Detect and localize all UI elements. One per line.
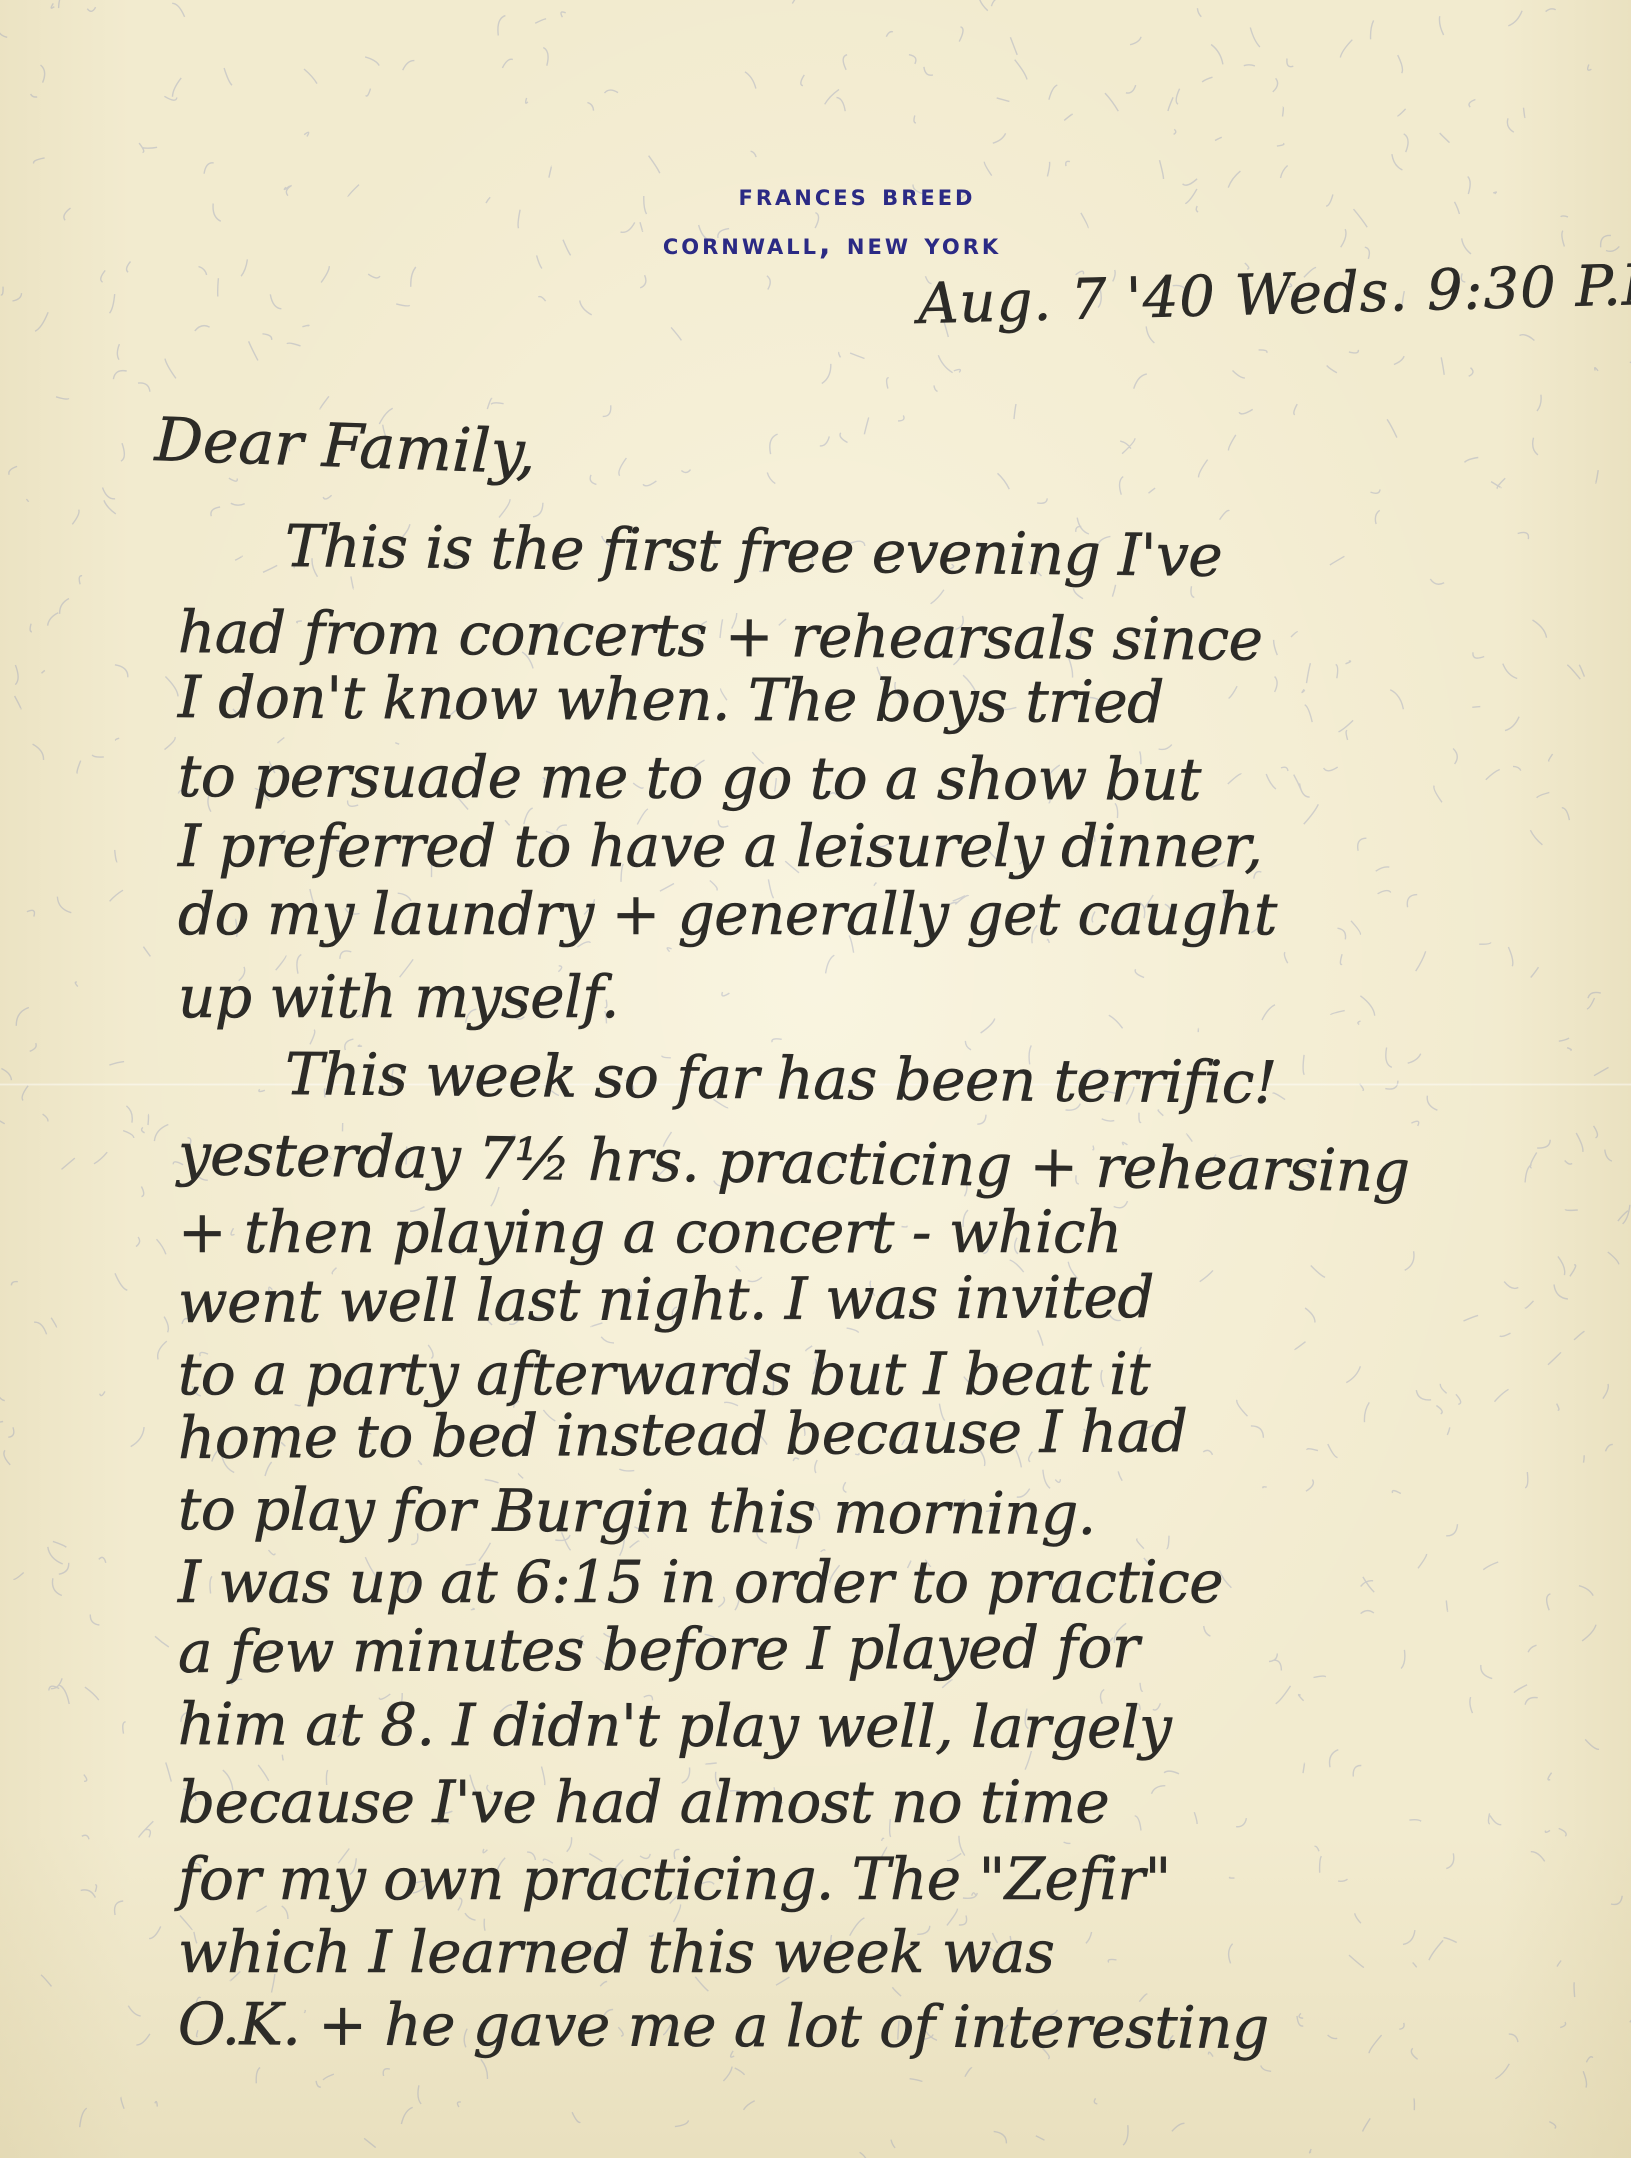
body-line: I was up at 6:15 in order to practice — [178, 1548, 1223, 1616]
body-line: because I've had almost no time — [178, 1768, 1109, 1836]
body-line: went well last night. I was invited — [178, 1263, 1154, 1336]
body-line: do my laundry + generally get caught — [178, 880, 1277, 948]
letter-page: Frances Breed Cornwall, New York Aug. 7 … — [0, 0, 1631, 2158]
letterhead-name: Frances Breed — [692, 178, 1022, 214]
body-line: which I learned this week was — [178, 1918, 1054, 1986]
body-line: I preferred to have a leisurely dinner, — [178, 812, 1262, 880]
body-line: to play for Burgin this morning. — [178, 1475, 1096, 1548]
body-line: This is the first free evening I've — [285, 512, 1223, 590]
body-line: O.K. + he gave me a lot of interesting — [178, 1990, 1269, 2062]
body-line: had from concerts + rehearsals since — [178, 598, 1263, 674]
body-line: to persuade me to go to a show but — [178, 742, 1201, 814]
body-line: a few minutes before I played for — [178, 1613, 1140, 1686]
body-line: This week so far has been terrific! — [285, 1040, 1277, 1117]
body-line: up with myself. — [178, 963, 619, 1031]
body-line: for my own practicing. The "Zefir" — [178, 1845, 1171, 1913]
body-line: home to bed instead because I had — [178, 1397, 1188, 1472]
body-line: yesterday 7½ hrs. practicing + rehearsin… — [178, 1120, 1410, 1205]
body-line: I don't know when. The boys tried — [178, 663, 1164, 736]
body-line: + then playing a concert - which — [178, 1198, 1122, 1266]
body-line: him at 8. I didn't play well, largely — [178, 1690, 1171, 1761]
date-line: Aug. 7 '40 Weds. 9:30 P.M. — [917, 252, 1631, 337]
letterhead-location: Cornwall, New York — [622, 227, 1042, 263]
salutation: Dear Family, — [154, 405, 537, 488]
